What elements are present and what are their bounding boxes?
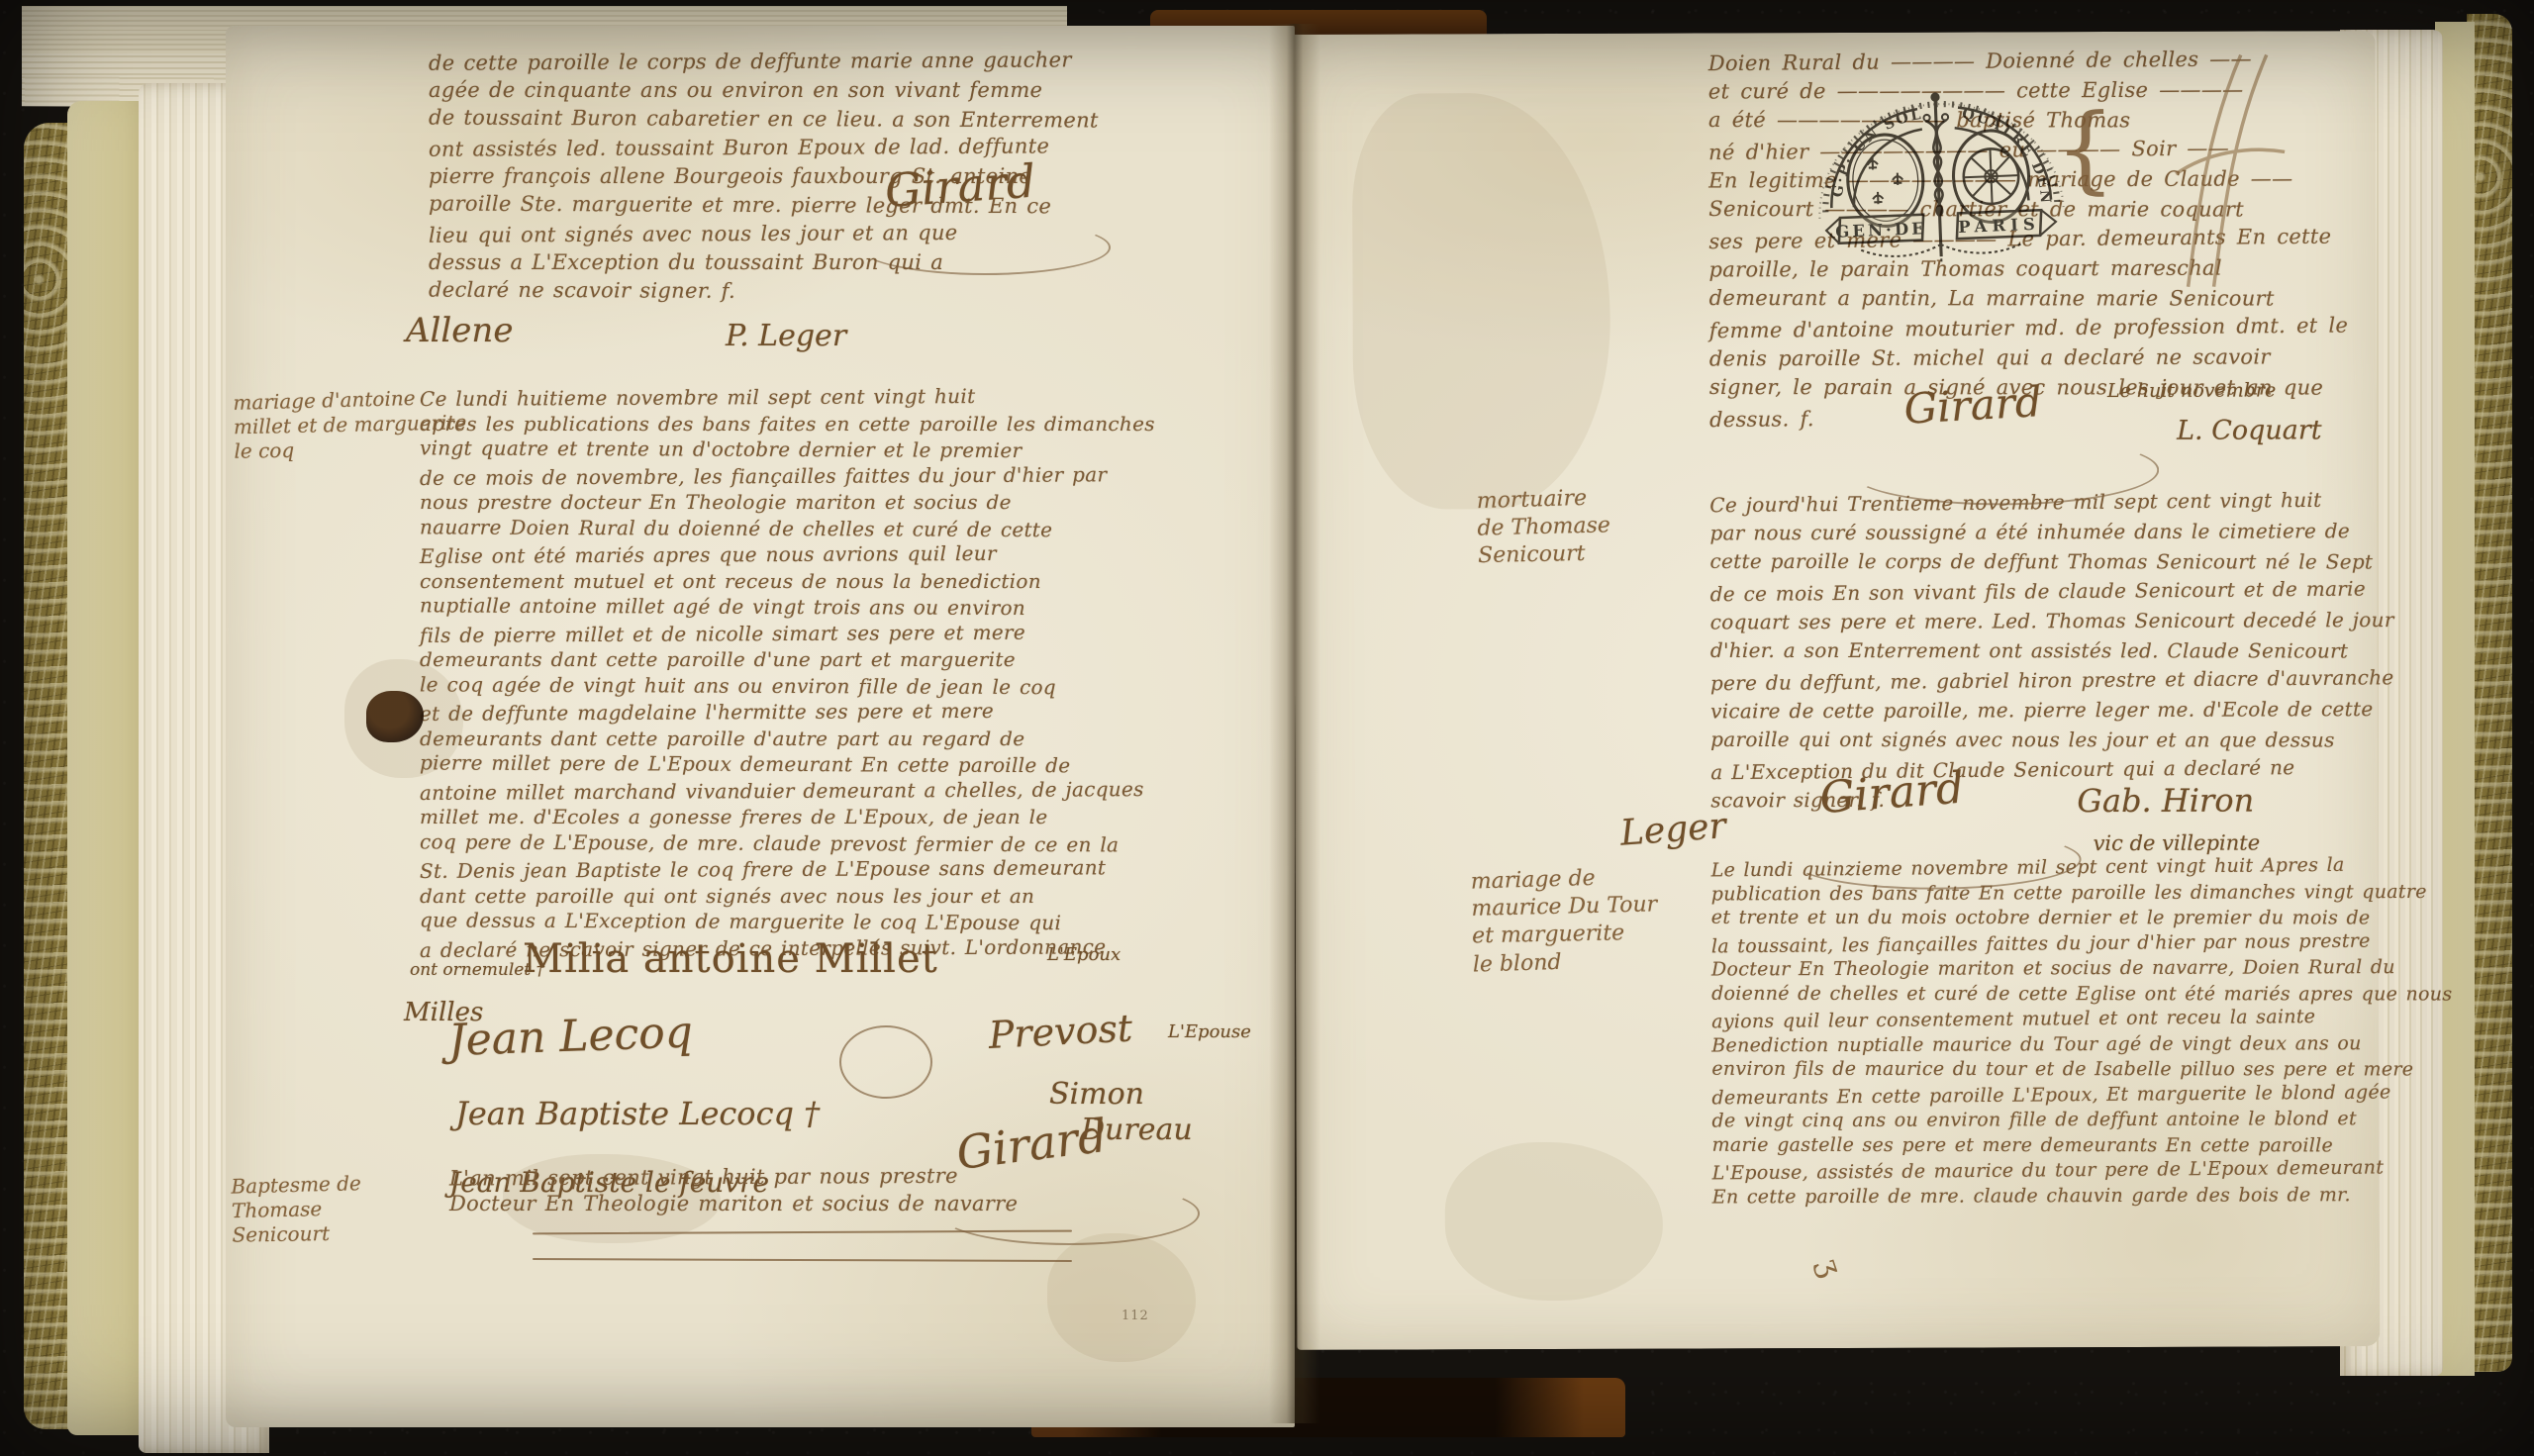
handwritten-line: publication des bans faite En cette paro… xyxy=(1711,879,2452,907)
handwritten-line: de ce mois de novembre, les fiançailles … xyxy=(420,461,1155,491)
signature-simon: Simon xyxy=(1049,1077,1144,1112)
signature-paraph xyxy=(839,1025,932,1099)
handwritten-line: doienné de chelles et curé de cette Egli… xyxy=(1711,981,2452,1007)
paper-stain xyxy=(1352,93,1610,510)
signature-p-leger: P. Leger xyxy=(726,319,846,353)
margin-note-line: Thomase xyxy=(232,1195,430,1223)
paper-stain xyxy=(1445,1142,1664,1302)
handwritten-line: femme d'antoine mouturier md. de profess… xyxy=(1709,311,2349,346)
handwritten-line: nous prestre docteur En Theologie marito… xyxy=(420,489,1155,516)
signature-antoine-millet: Milia antoine Millet xyxy=(523,936,938,982)
ink-blot xyxy=(366,691,424,742)
margin-note-mortuary-thomase: mortuairede ThomaseSenicourt xyxy=(1476,482,1696,570)
handwritten-line: pierre millet pere de L'Epoux demeurant … xyxy=(420,749,1155,779)
entry-body-marriage-millet: Ce lundi huitieme novembre mil sept cent… xyxy=(420,384,1155,961)
handwritten-line: d'hier. a son Enterrement ont assistés l… xyxy=(1710,635,2394,666)
ruled-line xyxy=(533,1230,1072,1235)
ink-squiggle: ʒ xyxy=(1810,1254,1849,1281)
signature-hiron-title: vic de villepinte xyxy=(2093,831,2260,856)
date-note-huit-novembre: Le huit novembre xyxy=(2107,379,2276,402)
handwritten-line: consentement mutuel et ont receus de nou… xyxy=(420,568,1155,595)
signature-gab-hiron: Gab. Hiron xyxy=(2077,782,2254,821)
left-page: de cette paroille le corps de deffunte m… xyxy=(226,26,1295,1427)
margin-note-line: Baptesme de xyxy=(231,1169,430,1199)
handwritten-line: Ce jourd'hui Trentieme novembre mil sept… xyxy=(1709,484,2393,520)
entry-body-baptism-heading: L'an mil sept cent vingt huit par nous p… xyxy=(449,1164,1018,1217)
handwritten-line: Docteur En Theologie mariton et socius d… xyxy=(1711,955,2452,983)
handwritten-line: dant cette paroille qui ont signés avec … xyxy=(420,883,1155,910)
paper-stain xyxy=(1047,1233,1196,1362)
handwritten-line: scavoir signer. f. xyxy=(1710,783,2394,815)
margin-note-line: le coq xyxy=(234,436,446,464)
handwritten-line: le coq agée de vingt huit ans ou environ… xyxy=(420,671,1155,701)
signature-girard-1: Girard xyxy=(883,154,1037,218)
stamp-ribbon-right-text: PARIS xyxy=(1958,215,2040,237)
signature-l-coquart: L. Coquart xyxy=(2177,415,2322,446)
handwritten-line: lieu qui ont signés avec nous les jour e… xyxy=(429,218,1099,250)
handwritten-line: Docteur En Theologie mariton et socius d… xyxy=(449,1191,1018,1217)
handwritten-line: En cette paroille de mre. claude chauvin… xyxy=(1712,1182,2453,1210)
signature-leger: Leger xyxy=(1619,806,1727,854)
handwritten-line: nuptialle antoine millet agé de vingt tr… xyxy=(420,592,1155,622)
margin-note-line: le blond xyxy=(1472,944,1720,979)
handwritten-line: declaré ne scavoir signer. f. xyxy=(429,276,1099,308)
page-number: 112 xyxy=(1121,1309,1149,1323)
margin-note-baptism-thomase: Baptesme deThomaseSenicourt xyxy=(231,1170,431,1248)
handwritten-line: antoine millet marchand vivanduier demeu… xyxy=(420,776,1155,806)
entry-body-marriage-dutour: Le lundi quinzieme novembre mil sept cen… xyxy=(1711,854,2454,1211)
handwritten-line: que dessus a L'Exception de marguerite l… xyxy=(420,907,1155,936)
handwritten-line: vicaire de cette paroille, me. pierre le… xyxy=(1710,694,2394,726)
handwritten-line: Benediction nuptialle maurice du Tour ag… xyxy=(1711,1030,2452,1058)
handwritten-line: Ce lundi huitieme novembre mil sept cent… xyxy=(420,382,1155,412)
handwritten-line: St. Denis jean Baptiste le coq frere de … xyxy=(420,854,1155,884)
handwritten-line: de toussaint Buron cabaretier en ce lieu… xyxy=(429,104,1099,136)
signature-tag-epouse: L'Epouse xyxy=(1168,1021,1251,1042)
signature-jb-lecocq: Jean Baptiste Lecocq † xyxy=(455,1095,820,1132)
handwritten-line: demeurants dant cette paroille d'une par… xyxy=(420,646,1155,673)
handwritten-line: L'an mil sept cent vingt huit par nous p… xyxy=(449,1162,1018,1192)
handwritten-line: Eglise ont été mariés apres que nous avr… xyxy=(420,539,1155,569)
ruled-line xyxy=(533,1258,1072,1262)
handwritten-line: apres les publications des bans faites e… xyxy=(420,411,1155,437)
signature-prevost: Prevost xyxy=(988,1006,1133,1057)
margin-note-marriage-dutour: mariage demaurice Du Touret margueritele… xyxy=(1470,862,1720,979)
signature-tag-epoux: L'Epoux xyxy=(1047,944,1121,965)
handwritten-line: nauarre Doien Rural du doienné de chelle… xyxy=(420,514,1155,543)
handwritten-line: vingt quatre et trente un d'octobre dern… xyxy=(420,435,1155,464)
handwritten-line: coq pere de L'Epouse, de mre. claude pre… xyxy=(420,828,1155,858)
handwritten-line: de vingt cinq ans ou environ fille de de… xyxy=(1711,1107,2452,1134)
handwritten-line: cette paroille le corps de deffunt Thoma… xyxy=(1710,546,2394,577)
handwritten-line: de ce mois En son vivant fils de claude … xyxy=(1710,573,2394,609)
signature-girard-3: Girard xyxy=(1902,377,2043,434)
cover-board-left xyxy=(67,101,148,1435)
handwritten-line: fils de pierre millet et de nicolle sima… xyxy=(420,619,1155,648)
handwritten-line: par nous curé soussigné a été inhumée da… xyxy=(1709,516,2393,547)
margin-note-line: Senicourt xyxy=(1478,538,1697,570)
signature-allene: Allene xyxy=(406,311,513,350)
handwritten-line: de cette paroille le corps de deffunte m… xyxy=(429,46,1099,78)
margin-note-marriage-millet: mariage d'antoinemillet et de marguerite… xyxy=(233,386,447,464)
handwritten-line: denis paroille St. michel qui a declaré … xyxy=(1709,341,2349,373)
handwritten-line: a L'Exception du dit Claude Senicourt qu… xyxy=(1710,751,2394,787)
margin-note-line: Senicourt xyxy=(232,1219,430,1247)
handwritten-line: et trente et un du mois octobre dernier … xyxy=(1711,906,2452,931)
tax-stamp-generalite-de-paris: G·P· UN SOL QUATRE DEN· GEN·DE PARIS xyxy=(1804,79,2077,277)
photograph-open-parish-register: { "document_type_note": "Photograph of a… xyxy=(0,0,2534,1456)
ink-flourish xyxy=(2164,47,2293,294)
stamp-ribbon-left-text: GEN·DE xyxy=(1835,219,1927,242)
signature-jean-lecoq: Jean Lecoq xyxy=(447,1007,693,1066)
handwritten-line: pere du deffunt, me. gabriel hiron prest… xyxy=(1710,662,2394,698)
handwritten-line: dessus a L'Exception du toussaint Buron … xyxy=(429,248,1099,277)
entry-body-mortuary-thomas: Ce jourd'hui Trentieme novembre mil sept… xyxy=(1709,486,2394,815)
handwritten-line: paroille qui ont signés avec nous les jo… xyxy=(1710,725,2394,755)
handwritten-line: et de deffunte magdelaine l'hermitte ses… xyxy=(420,697,1155,727)
handwritten-line: millet me. d'Ecoles a gonesse freres de … xyxy=(420,804,1155,830)
handwritten-line: demeurants dant cette paroille d'autre p… xyxy=(420,726,1155,752)
handwritten-line: marie gastelle ses pere et mere demeuran… xyxy=(1712,1132,2453,1158)
signature-girard-4: Girard xyxy=(1818,763,1966,825)
handwritten-line: agée de cinquante ans ou environ en son … xyxy=(429,76,1099,105)
handwritten-line: environ fils de maurice du tour et de Is… xyxy=(1711,1057,2452,1083)
right-page: Doien Rural du ———— Doienné de chelles —… xyxy=(1293,31,2381,1350)
handwritten-line: coquart ses pere et mere. Led. Thomas Se… xyxy=(1710,605,2394,636)
